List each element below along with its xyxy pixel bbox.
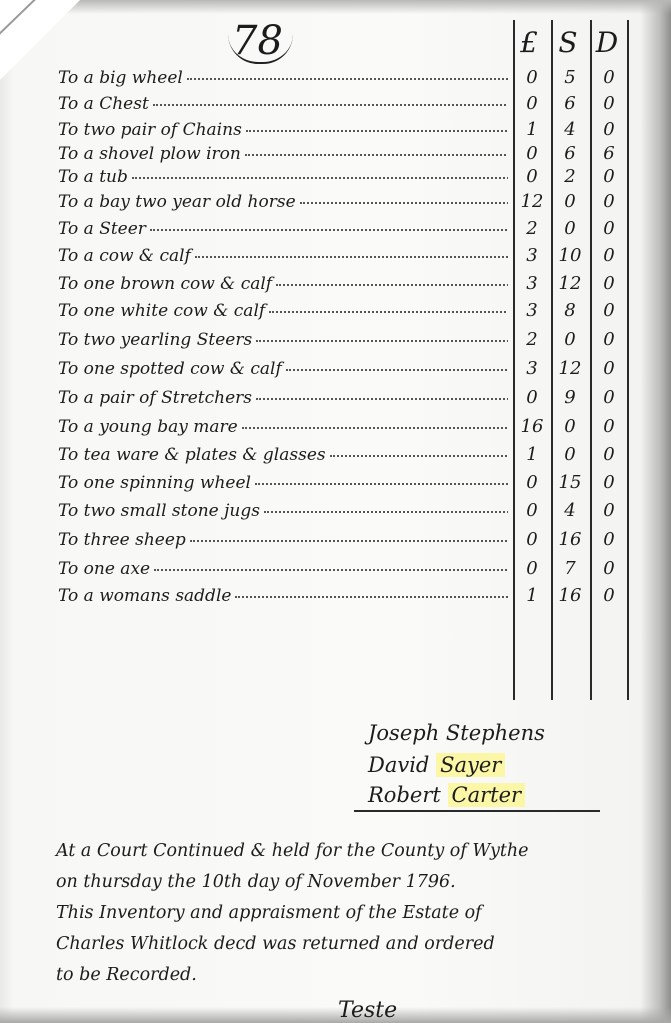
inventory-row: To a big wheel050 [0, 64, 671, 92]
amount-pence: 0 [590, 163, 628, 191]
leader-dots [246, 130, 508, 132]
column-header-pounds: £ [510, 26, 548, 59]
item-description-text: To a Chest [58, 94, 149, 114]
item-description-text: To a pair of Stretchers [58, 388, 252, 408]
item-description: To a young bay mare [58, 413, 508, 441]
amount-pounds: 0 [513, 526, 551, 554]
signature-rule [354, 810, 600, 812]
amount-pence: 0 [590, 215, 628, 243]
amount-pence: 0 [590, 90, 628, 118]
court-record-line: At a Court Continued & held for the Coun… [56, 836, 656, 867]
amount-shillings: 15 [551, 469, 589, 497]
leader-dots [195, 256, 508, 258]
page-number: 78 [228, 20, 293, 64]
item-description-text: To a womans saddle [58, 586, 231, 606]
leader-dots [190, 540, 508, 542]
amount-shillings: 9 [551, 384, 589, 412]
item-description: To a Steer [58, 215, 508, 243]
signature-line: Robert Carter [368, 782, 525, 808]
leader-dots [150, 229, 508, 231]
amount-pence: 0 [590, 413, 628, 441]
amount-pounds: 0 [513, 163, 551, 191]
leader-dots [256, 340, 508, 342]
item-description-text: To two yearling Steers [58, 330, 252, 350]
signature-first-name: Robert [368, 783, 441, 807]
inventory-row: To a Steer200 [0, 215, 671, 243]
amount-shillings: 5 [551, 64, 589, 92]
amount-pounds: 1 [513, 582, 551, 610]
leader-dots [187, 78, 508, 80]
item-description-text: To a tub [58, 167, 128, 187]
item-description-text: To a young bay mare [58, 417, 238, 437]
amount-pence: 0 [590, 441, 628, 469]
signature-last-name: Stephens [446, 721, 545, 745]
item-description: To one axe [58, 555, 508, 583]
inventory-row: To one white cow & calf380 [0, 297, 671, 325]
amount-pounds: 12 [513, 188, 551, 216]
amount-pounds: 3 [513, 242, 551, 270]
item-description-text: To one brown cow & calf [58, 274, 272, 294]
inventory-row: To one brown cow & calf3120 [0, 270, 671, 298]
amount-pence: 0 [590, 355, 628, 383]
leader-dots [255, 483, 508, 485]
item-description: To two small stone jugs [58, 497, 508, 525]
item-description-text: To a big wheel [58, 68, 183, 88]
item-description-text: To three sheep [58, 530, 186, 550]
inventory-row: To tea ware & plates & glasses100 [0, 441, 671, 469]
bottom-scan-shadow [0, 1007, 671, 1023]
amount-pounds: 16 [513, 413, 551, 441]
leader-dots [235, 596, 508, 598]
item-description-text: To one spinning wheel [58, 473, 251, 493]
leader-dots [154, 569, 508, 571]
inventory-row: To two small stone jugs040 [0, 497, 671, 525]
signature-first-name: Joseph [368, 721, 439, 745]
amount-pence: 0 [590, 469, 628, 497]
amount-pounds: 0 [513, 555, 551, 583]
item-description-text: To two pair of Chains [58, 120, 242, 140]
item-description: To one white cow & calf [58, 297, 508, 325]
amount-pounds: 1 [513, 441, 551, 469]
document-page: 78 £ S D To a big wheel050To a Chest060T… [0, 0, 671, 1023]
leader-dots [153, 104, 508, 106]
amount-shillings: 12 [551, 270, 589, 298]
inventory-row: To one axe070 [0, 555, 671, 583]
inventory-row: To a cow & calf3100 [0, 242, 671, 270]
leader-dots [132, 177, 508, 179]
item-description-text: To two small stone jugs [58, 501, 260, 521]
amount-pence: 0 [590, 526, 628, 554]
item-description: To two yearling Steers [58, 326, 508, 354]
inventory-row: To a womans saddle1160 [0, 582, 671, 610]
item-description: To a Chest [58, 90, 508, 118]
item-description: To three sheep [58, 526, 508, 554]
court-record-line: on thursday the 10th day of November 179… [56, 867, 656, 898]
item-description-text: To a cow & calf [58, 246, 191, 266]
item-description-text: To one spotted cow & calf [58, 359, 282, 379]
item-description-text: To tea ware & plates & glasses [58, 445, 326, 465]
leader-dots [276, 284, 508, 286]
court-record-line: This Inventory and appraisment of the Es… [56, 898, 656, 929]
amount-shillings: 8 [551, 297, 589, 325]
amount-shillings: 12 [551, 355, 589, 383]
court-record-line: Charles Whitlock decd was returned and o… [56, 929, 656, 960]
amount-pounds: 0 [513, 384, 551, 412]
leader-dots [330, 455, 508, 457]
court-record-line: to be Recorded. [56, 960, 656, 991]
item-description: To a pair of Stretchers [58, 384, 508, 412]
column-header-shillings: S [549, 26, 587, 59]
column-header-pence: D [588, 26, 626, 59]
inventory-row: To a pair of Stretchers090 [0, 384, 671, 412]
amount-pence: 0 [590, 326, 628, 354]
item-description: To one spinning wheel [58, 469, 508, 497]
signature-last-name-highlighted: Carter [448, 783, 526, 807]
amount-shillings: 7 [551, 555, 589, 583]
amount-shillings: 0 [551, 441, 589, 469]
inventory-row: To one spotted cow & calf3120 [0, 355, 671, 383]
signature-line: Joseph Stephens [368, 720, 545, 746]
leader-dots [264, 511, 508, 513]
amount-shillings: 0 [551, 188, 589, 216]
amount-shillings: 16 [551, 526, 589, 554]
amount-shillings: 16 [551, 582, 589, 610]
inventory-row: To one spinning wheel0150 [0, 469, 671, 497]
leader-dots [256, 398, 508, 400]
amount-pounds: 3 [513, 297, 551, 325]
leader-dots [300, 202, 508, 204]
item-description-text: To one white cow & calf [58, 301, 265, 321]
item-description-text: To a Steer [58, 219, 146, 239]
inventory-row: To three sheep0160 [0, 526, 671, 554]
amount-pounds: 0 [513, 64, 551, 92]
item-description: To tea ware & plates & glasses [58, 441, 508, 469]
leader-dots [245, 154, 508, 156]
amount-pounds: 3 [513, 355, 551, 383]
signature-line: David Sayer [368, 752, 505, 778]
top-scan-shadow [0, 0, 671, 14]
item-description: To a bay two year old horse [58, 188, 508, 216]
leader-dots [242, 427, 508, 429]
inventory-row: To a bay two year old horse1200 [0, 188, 671, 216]
amount-pence: 0 [590, 64, 628, 92]
amount-shillings: 10 [551, 242, 589, 270]
inventory-row: To two yearling Steers200 [0, 326, 671, 354]
item-description: To a big wheel [58, 64, 508, 92]
court-record: At a Court Continued & held for the Coun… [56, 836, 656, 991]
amount-pence: 0 [590, 555, 628, 583]
closing-teste: Teste [338, 998, 397, 1023]
signature-first-name: David [368, 753, 429, 777]
item-description-text: To one axe [58, 559, 150, 579]
amount-shillings: 4 [551, 497, 589, 525]
amount-pence: 0 [590, 188, 628, 216]
amount-pence: 0 [590, 497, 628, 525]
item-description: To one brown cow & calf [58, 270, 508, 298]
amount-pounds: 0 [513, 469, 551, 497]
amount-shillings: 0 [551, 326, 589, 354]
inventory-row: To a Chest060 [0, 90, 671, 118]
amount-pounds: 0 [513, 497, 551, 525]
amount-pounds: 2 [513, 326, 551, 354]
amount-pence: 0 [590, 242, 628, 270]
signature-last-name-highlighted: Sayer [436, 753, 505, 777]
amount-shillings: 2 [551, 163, 589, 191]
item-description-text: To a bay two year old horse [58, 192, 296, 212]
amount-pounds: 2 [513, 215, 551, 243]
amount-shillings: 0 [551, 215, 589, 243]
leader-dots [286, 369, 508, 371]
amount-pence: 0 [590, 384, 628, 412]
inventory-row: To a young bay mare1600 [0, 413, 671, 441]
amount-shillings: 6 [551, 90, 589, 118]
amount-pence: 0 [590, 270, 628, 298]
item-description-text: To a shovel plow iron [58, 144, 241, 164]
amount-pence: 0 [590, 297, 628, 325]
item-description: To a tub [58, 163, 508, 191]
leader-dots [269, 311, 508, 313]
amount-pounds: 0 [513, 90, 551, 118]
amount-pence: 0 [590, 582, 628, 610]
inventory-row: To a tub020 [0, 163, 671, 191]
amount-pounds: 3 [513, 270, 551, 298]
amount-shillings: 0 [551, 413, 589, 441]
item-description: To one spotted cow & calf [58, 355, 508, 383]
item-description: To a cow & calf [58, 242, 508, 270]
item-description: To a womans saddle [58, 582, 508, 610]
